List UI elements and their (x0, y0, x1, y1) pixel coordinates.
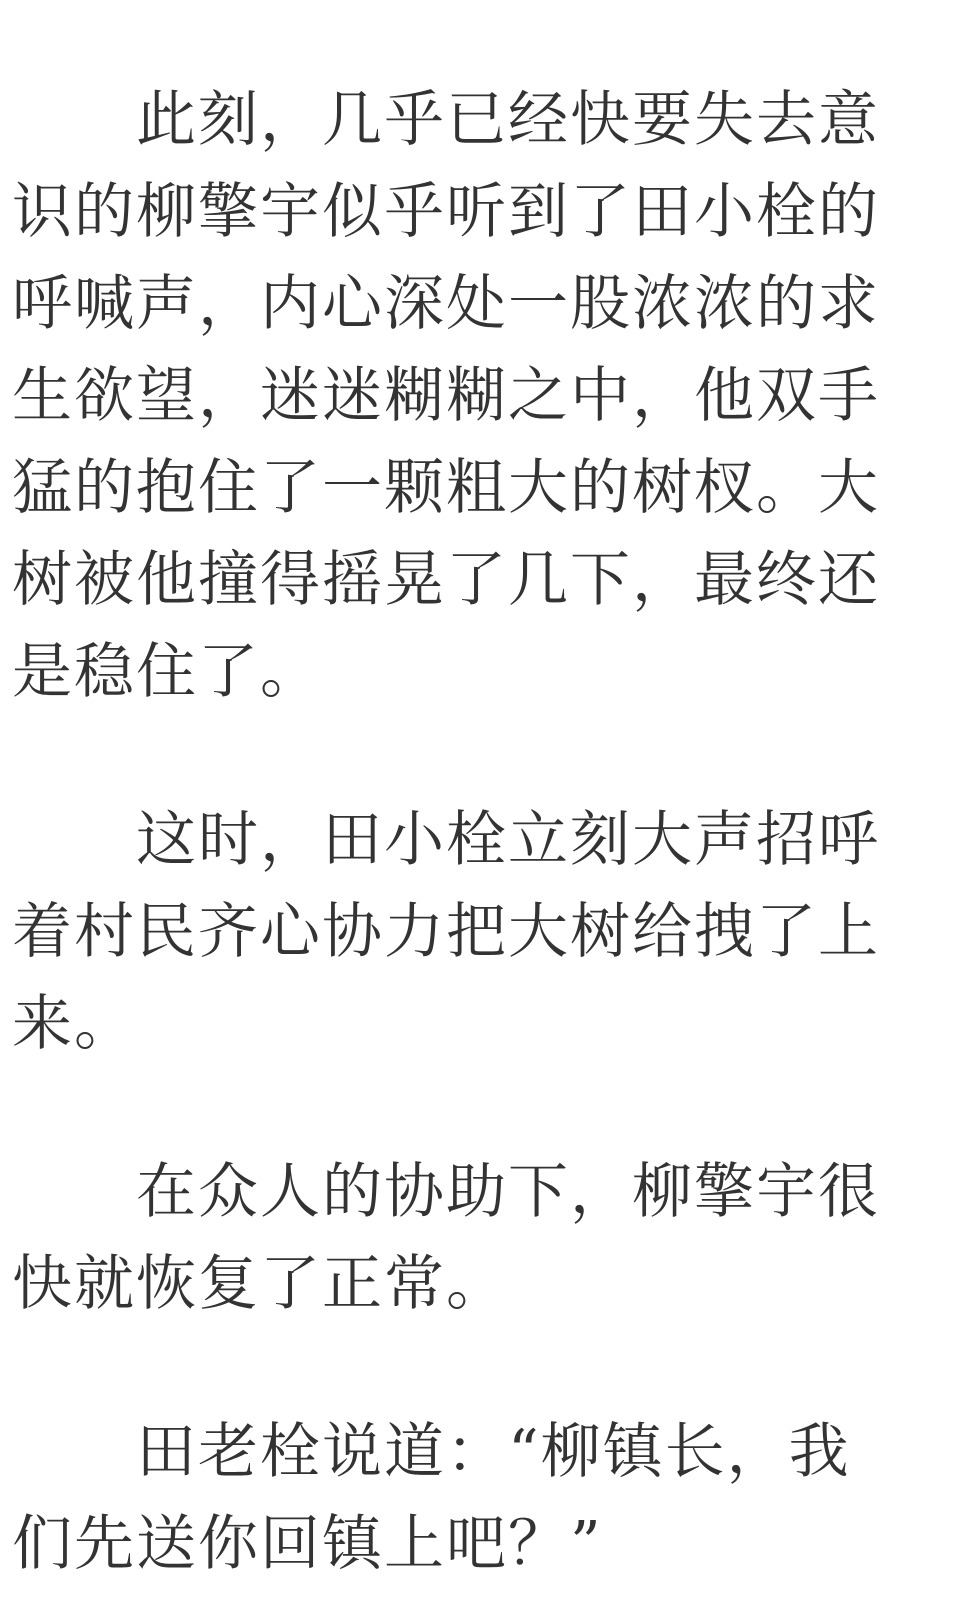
paragraph-2: 这时，田小栓立刻大声招呼着村民齐心协力把大树给拽了上来。 (12, 794, 882, 1070)
paragraph-4: 田老栓说道：“柳镇长，我们先送你回镇上吧？” (12, 1406, 882, 1590)
article-body: 此刻，几乎已经快要失去意识的柳擎宇似乎听到了田小栓的呼喊声，内心深处一股浓浓的求… (12, 74, 882, 1590)
paragraph-3: 在众人的协助下，柳擎宇很快就恢复了正常。 (12, 1146, 882, 1330)
paragraph-1: 此刻，几乎已经快要失去意识的柳擎宇似乎听到了田小栓的呼喊声，内心深处一股浓浓的求… (12, 74, 882, 718)
